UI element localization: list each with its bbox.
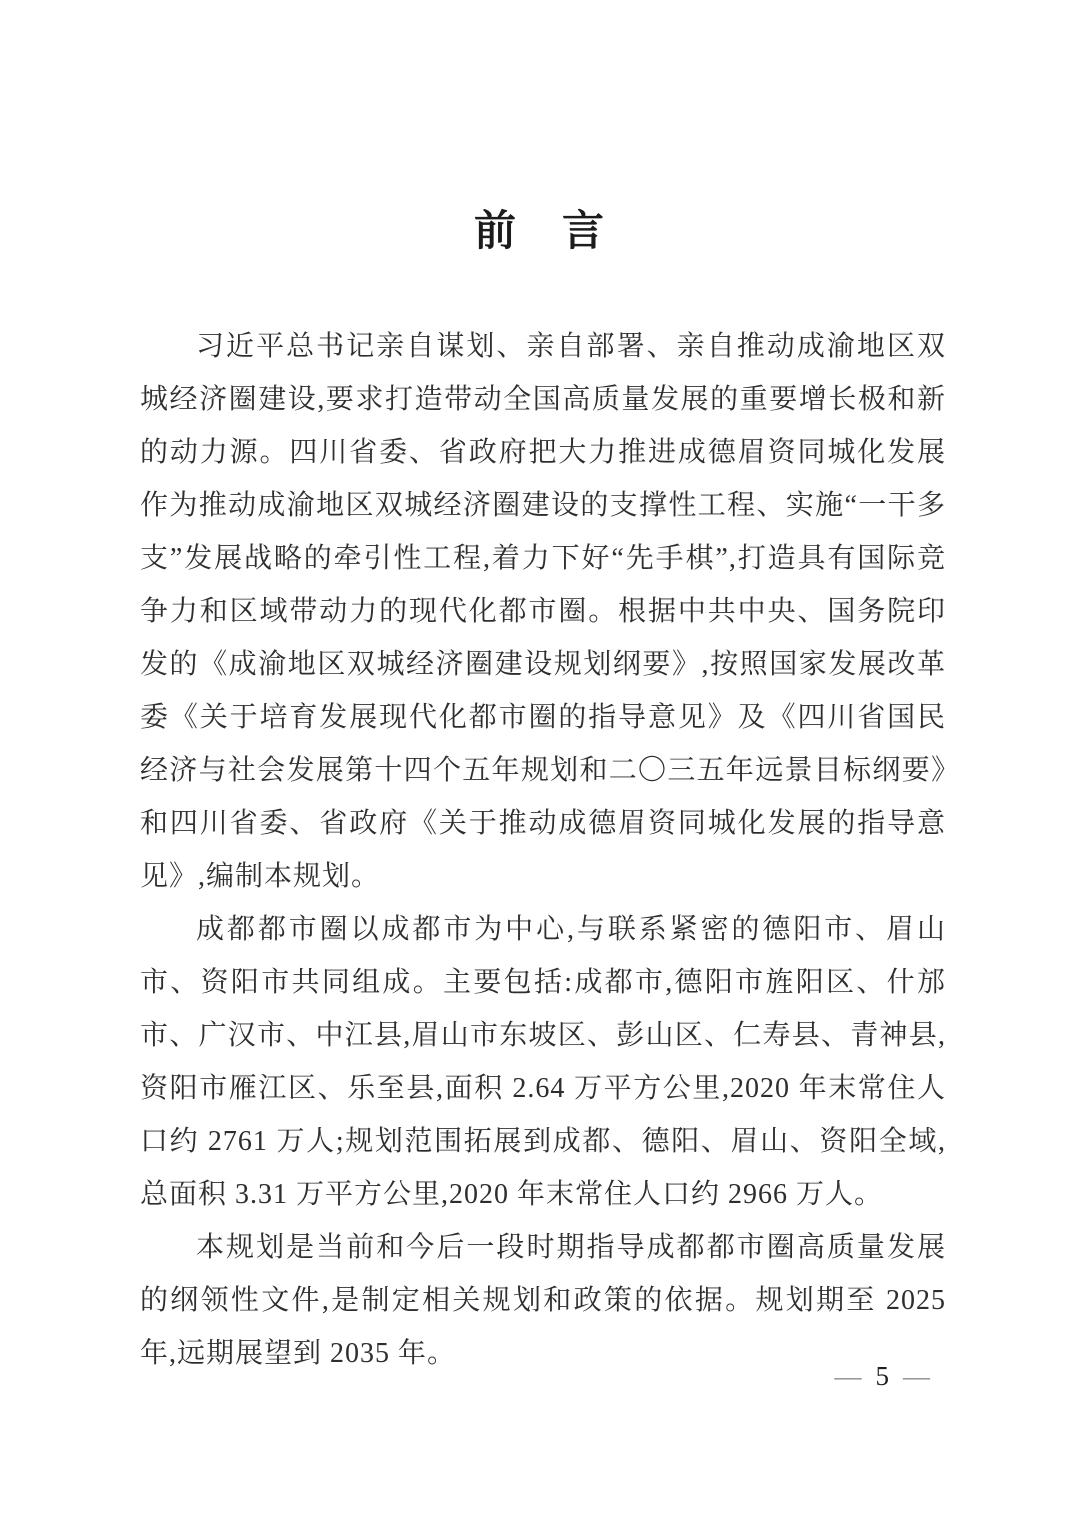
- paragraph-1: 习近平总书记亲自谋划、亲自部署、亲自推动成渝地区双城经济圈建设,要求打造带动全国…: [140, 320, 946, 903]
- page-number: 5: [876, 1356, 890, 1396]
- footer-dash-left: —: [835, 1356, 862, 1396]
- document-page: 前 言 习近平总书记亲自谋划、亲自部署、亲自推动成渝地区双城经济圈建设,要求打造…: [0, 0, 1080, 1527]
- paragraph-2: 成都都市圈以成都市为中心,与联系紧密的德阳市、眉山市、资阳市共同组成。主要包括:…: [140, 903, 946, 1221]
- footer-dash-right: —: [903, 1356, 930, 1396]
- page-footer: — 5 —: [835, 1356, 931, 1396]
- page-title: 前 言: [0, 206, 1080, 256]
- paragraph-3: 本规划是当前和今后一段时期指导成都都市圈高质量发展的纲领性文件,是制定相关规划和…: [140, 1221, 946, 1380]
- document-body: 习近平总书记亲自谋划、亲自部署、亲自推动成渝地区双城经济圈建设,要求打造带动全国…: [140, 320, 946, 1380]
